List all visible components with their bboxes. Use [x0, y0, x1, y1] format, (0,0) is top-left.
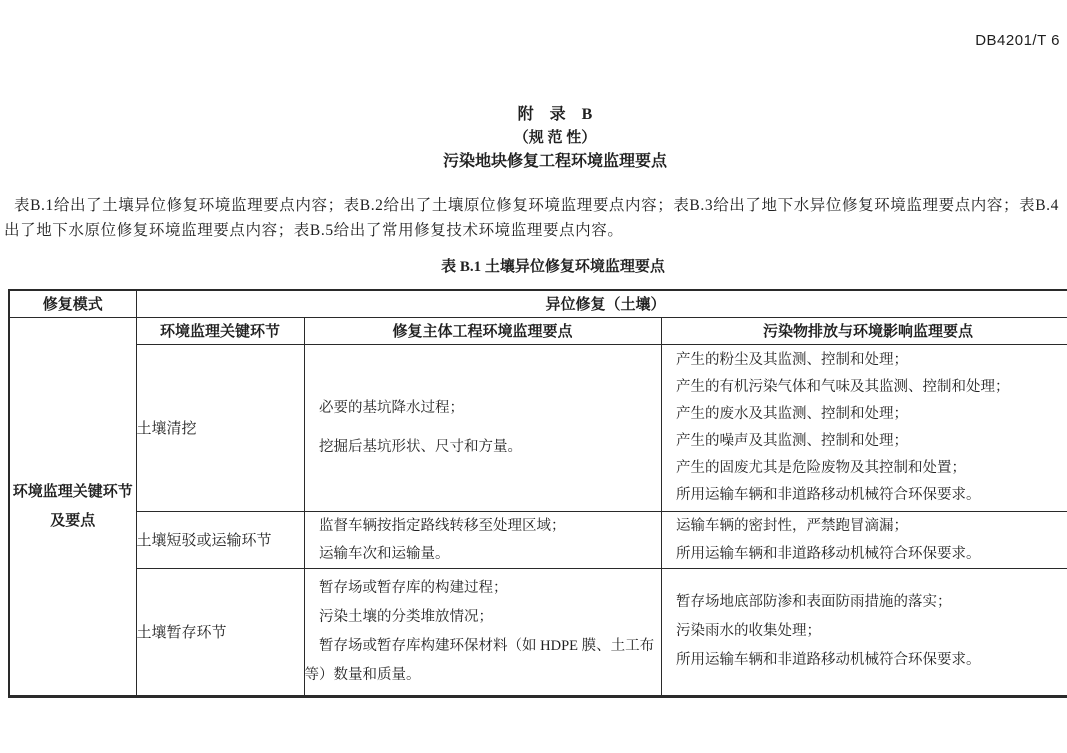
text-line: 产生的废水及其监测、控制和处理； [662, 401, 1067, 428]
table-row: 环境监理关键环节及要点 环境监理关键环节 修复主体工程环境监理要点 污染物排放与… [9, 317, 1067, 344]
pollution-points-soil-transport: 运输车辆的密封性，严禁跑冒滴漏；所用运输车辆和非道路移动机械符合环保要求。 [661, 511, 1067, 568]
intro-paragraph: 表B.1给出了土壤异位修复环境监理要点内容；表B.2给出了土壤原位修复环境监理要… [4, 193, 1067, 243]
text-line: 所用运输车辆和非道路移动机械符合环保要求。 [662, 646, 1067, 675]
text-line: 暂存场或暂存库构建环保材料（如 HDPE 膜、土工布等）数量和质量。 [305, 632, 661, 690]
text-line: 产生的粉尘及其监测、控制和处理； [662, 347, 1067, 374]
table-row: 土壤暂存环节 暂存场或暂存库的构建过程；污染土壤的分类堆放情况；暂存场或暂存库构… [9, 568, 1067, 696]
text-line: 挖掘后基坑形状、尺寸和方量。 [305, 433, 661, 461]
standard-number: DB4201/T 6 [975, 32, 1060, 49]
appendix-title: 附 录 B [0, 101, 1067, 124]
main-points-soil-transport: 监督车辆按指定路线转移至处理区域；运输车次和运输量。 [304, 511, 661, 568]
text-line: 运输车次和运输量。 [305, 540, 661, 568]
text-line: 暂存场地底部防渗和表面防雨措施的落实； [662, 588, 1067, 617]
appendix-heading: 污染地块修复工程环境监理要点 [0, 148, 1067, 171]
stage-soil-excavation: 土壤清挖 [136, 344, 304, 511]
intro-line-1: 表B.1给出了土壤异位修复环境监理要点内容；表B.2给出了土壤原位修复环境监理要… [4, 193, 1067, 218]
table-row: 修复模式 异位修复（土壤） [9, 290, 1067, 317]
text-line: 监督车辆按指定路线转移至处理区域； [305, 512, 661, 540]
main-points-soil-excavation: 必要的基坑降水过程；挖掘后基坑形状、尺寸和方量。 [304, 344, 661, 511]
header-mode-value: 异位修复（土壤） [136, 290, 1067, 317]
main-points-soil-storage: 暂存场或暂存库的构建过程；污染土壤的分类堆放情况；暂存场或暂存库构建环保材料（如… [304, 568, 661, 696]
header-key-stage: 环境监理关键环节 [136, 317, 304, 344]
intro-line-2: 出了地下水原位修复环境监理要点内容；表B.5给出了常用修复技术环境监理要点内容。 [4, 218, 1067, 243]
table-row: 土壤短驳或运输环节 监督车辆按指定路线转移至处理区域；运输车次和运输量。 运输车… [9, 511, 1067, 568]
text-line: 环境监理关键环节 [10, 477, 136, 506]
pollution-points-soil-excavation: 产生的粉尘及其监测、控制和处理；产生的有机污染气体和气味及其监测、控制和处理；产… [661, 344, 1067, 511]
text-line: 产生的噪声及其监测、控制和处理； [662, 428, 1067, 455]
text-line: 产生的有机污染气体和气味及其监测、控制和处理； [662, 374, 1067, 401]
text-line: 及要点 [10, 506, 136, 535]
stage-soil-storage: 土壤暂存环节 [136, 568, 304, 696]
pollution-points-soil-storage: 暂存场地底部防渗和表面防雨措施的落实；污染雨水的收集处理；所用运输车辆和非道路移… [661, 568, 1067, 696]
table-row: 土壤清挖 必要的基坑降水过程；挖掘后基坑形状、尺寸和方量。 产生的粉尘及其监测、… [9, 344, 1067, 511]
document-page: DB4201/T 6 附 录 B （规 范 性） 污染地块修复工程环境监理要点 … [0, 0, 1067, 753]
stage-soil-transport: 土壤短驳或运输环节 [136, 511, 304, 568]
text-line: 暂存场或暂存库的构建过程； [305, 574, 661, 603]
appendix-normative-label: （规 范 性） [0, 126, 1067, 147]
row-group-label: 环境监理关键环节及要点 [9, 317, 136, 696]
table-b1: 修复模式 异位修复（土壤） 环境监理关键环节及要点 环境监理关键环节 修复主体工… [8, 289, 1067, 698]
text-line: 产生的固废尤其是危险废物及其控制和处置； [662, 455, 1067, 482]
header-pollution-points: 污染物排放与环境影响监理要点 [661, 317, 1067, 344]
text-line: 运输车辆的密封性，严禁跑冒滴漏； [662, 512, 1067, 540]
text-line: 必要的基坑降水过程； [305, 394, 661, 422]
header-mode-label: 修复模式 [9, 290, 136, 317]
table-caption: 表 B.1 土壤异位修复环境监理要点 [0, 255, 1067, 276]
header-main-points: 修复主体工程环境监理要点 [304, 317, 661, 344]
text-line: 所用运输车辆和非道路移动机械符合环保要求。 [662, 482, 1067, 509]
text-line: 污染雨水的收集处理； [662, 617, 1067, 646]
text-line: 污染土壤的分类堆放情况； [305, 603, 661, 632]
text-line: 所用运输车辆和非道路移动机械符合环保要求。 [662, 540, 1067, 568]
